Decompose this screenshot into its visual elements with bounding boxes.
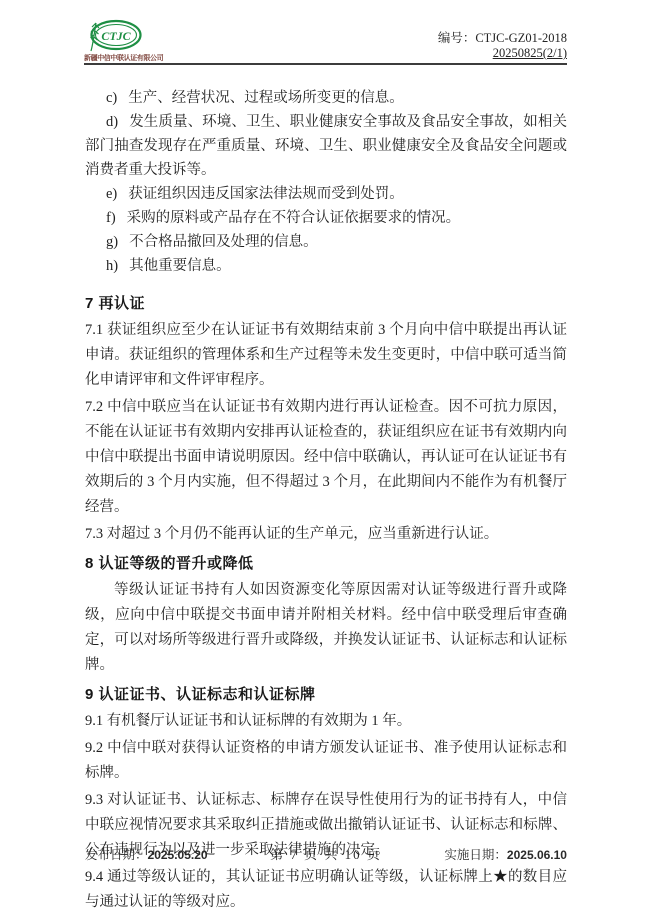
list-marker: c) (106, 90, 117, 106)
logo-letters: CTJC (101, 29, 131, 43)
impl-date-label: 实施日期： (444, 848, 507, 862)
info-list: c)生产、经营状况、过程或场所变更的信息。 d)发生质量、环境、卫生、职业健康安… (85, 86, 567, 278)
document-number-block: 编号：CTJC-GZ01-2018 20250825(2/1) (438, 31, 567, 61)
paragraph-9-2: 9.2 中信中联对获得认证资格的申请方颁发认证证书、准予使用认证标志和标牌。 (85, 736, 567, 786)
paragraph-7-1: 7.1 获证组织应至少在认证证书有效期结束前 3 个月向中信中联提出再认证申请。… (85, 318, 567, 393)
page-number: 第 7 页 共 10 页 (270, 844, 382, 863)
logo-block: CTJC 新疆中信中联认证有限公司 (84, 18, 194, 63)
list-marker: g) (106, 234, 118, 250)
release-date-label: 发布日期： (85, 848, 148, 862)
list-text: 其他重要信息。 (129, 258, 231, 274)
ctjc-logo-icon: CTJC (84, 18, 142, 54)
page-footer: 发布日期：2025.05.20 第 7 页 共 10 页 实施日期：2025.0… (85, 844, 567, 863)
paragraph-9-1: 9.1 有机餐厅认证证书和认证标牌的有效期为 1 年。 (85, 709, 567, 734)
section-7-heading: 7 再认证 (85, 291, 567, 316)
list-item: d)发生质量、环境、卫生、职业健康安全事故及食品安全事故，如相关部门抽查发现存在… (85, 110, 567, 182)
document-version: 20250825(2/1) (438, 46, 567, 61)
release-date-block: 发布日期：2025.05.20 (85, 845, 208, 863)
section-8-heading: 8 认证等级的晋升或降低 (85, 551, 567, 576)
list-item: g)不合格品撤回及处理的信息。 (85, 230, 567, 254)
document-page: CTJC 新疆中信中联认证有限公司 编号：CTJC-GZ01-2018 2025… (0, 0, 650, 918)
list-item: e)获证组织因违反国家法律法规而受到处罚。 (85, 182, 567, 206)
paragraph-7-3: 7.3 对超过 3 个月仍不能再认证的生产单元，应当重新进行认证。 (85, 522, 567, 547)
list-item: f)采购的原料或产品存在不符合认证依据要求的情况。 (85, 206, 567, 230)
list-marker: h) (106, 258, 118, 274)
paragraph-7-2: 7.2 中信中联应当在认证证书有效期内进行再认证检查。因不可抗力原因，不能在认证… (85, 395, 567, 520)
list-text: 发生质量、环境、卫生、职业健康安全事故及食品安全事故，如相关部门抽查发现存在严重… (85, 114, 567, 178)
list-marker: f) (106, 210, 116, 226)
doc-no-value: CTJC-GZ01-2018 (475, 31, 567, 45)
section-9-heading: 9 认证证书、认证标志和认证标牌 (85, 682, 567, 707)
list-item: h)其他重要信息。 (85, 254, 567, 278)
list-text: 获证组织因违反国家法律法规而受到处罚。 (128, 186, 404, 202)
page-header: CTJC 新疆中信中联认证有限公司 编号：CTJC-GZ01-2018 2025… (84, 18, 567, 65)
paragraph-8-1: 等级认证证书持有人如因资源变化等原因需对认证等级进行晋升或降级，应向中信中联提交… (85, 578, 567, 678)
release-date-value: 2025.05.20 (148, 848, 208, 862)
list-text: 采购的原料或产品存在不符合认证依据要求的情况。 (127, 210, 461, 226)
list-marker: e) (106, 186, 117, 202)
list-text: 不合格品撤回及处理的信息。 (129, 234, 318, 250)
list-item: c)生产、经营状况、过程或场所变更的信息。 (85, 86, 567, 110)
impl-date-value: 2025.06.10 (507, 848, 567, 862)
paragraph-9-4: 9.4 通过等级认证的，其认证证书应明确认证等级，认证标牌上★的数目应与通过认证… (85, 865, 567, 915)
impl-date-block: 实施日期：2025.06.10 (444, 845, 567, 863)
doc-no-label: 编号： (438, 31, 476, 45)
list-text: 生产、经营状况、过程或场所变更的信息。 (128, 90, 404, 106)
company-name: 新疆中信中联认证有限公司 (84, 55, 194, 63)
list-marker: d) (106, 114, 118, 130)
document-number-line: 编号：CTJC-GZ01-2018 (438, 31, 567, 46)
document-body: c)生产、经营状况、过程或场所变更的信息。 d)发生质量、环境、卫生、职业健康安… (85, 86, 567, 915)
